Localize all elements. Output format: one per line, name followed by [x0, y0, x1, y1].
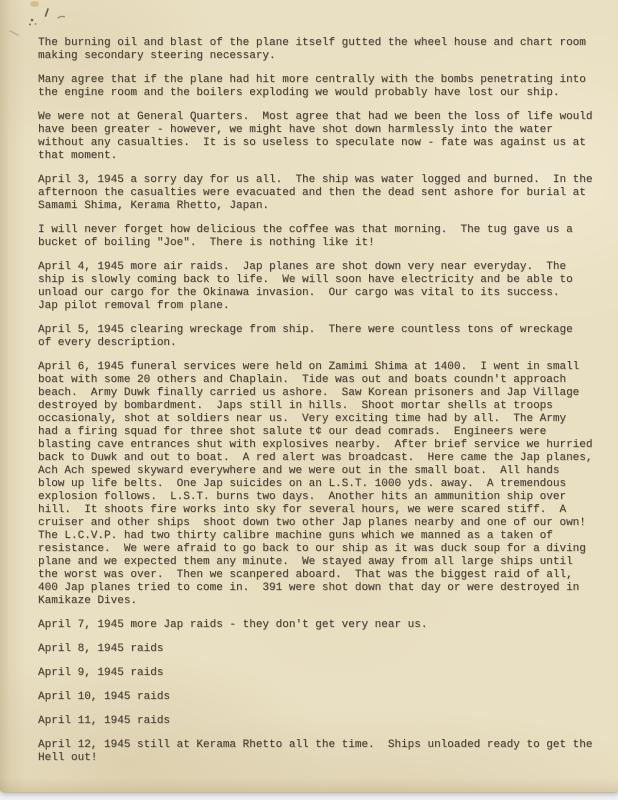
paragraph: April 6, 1945 funeral services were held… — [38, 361, 612, 608]
pen-dot-mark — [31, 19, 34, 22]
scanned-diary-page: { "page": { "type": "typewritten diary p… — [0, 0, 618, 800]
faint-pencil-mark — [10, 31, 18, 35]
pen-dot-mark — [29, 24, 31, 26]
paragraph: Many agree that if the plane had hit mor… — [38, 74, 612, 100]
paper-sheet: The burning oil and blast of the plane i… — [0, 0, 618, 793]
paragraph: April 9, 1945 raids — [38, 667, 612, 680]
paragraph: April 5, 1945 clearing wreckage from shi… — [38, 324, 612, 350]
paragraph: We were not at General Quarters. Most ag… — [38, 111, 612, 163]
pen-dash-mark — [58, 16, 65, 18]
pen-tick-mark — [46, 9, 49, 16]
paragraph: April 10, 1945 raids — [38, 691, 612, 704]
paragraph: April 11, 1945 raids — [38, 715, 612, 728]
typed-text-body: The burning oil and blast of the plane i… — [38, 37, 612, 776]
paragraph: April 3, 1945 a sorry day for us all. Th… — [38, 174, 612, 213]
paragraph: I will never forget how delicious the co… — [38, 224, 612, 250]
pen-dot-mark — [35, 23, 37, 25]
paragraph: The burning oil and blast of the plane i… — [38, 37, 612, 63]
paragraph: April 12, 1945 still at Kerama Rhetto al… — [38, 739, 612, 765]
paragraph: April 7, 1945 more Jap raids - they don'… — [38, 619, 612, 632]
paragraph: April 8, 1945 raids — [38, 643, 612, 656]
paragraph: April 4, 1945 more air raids. Jap planes… — [38, 261, 612, 313]
